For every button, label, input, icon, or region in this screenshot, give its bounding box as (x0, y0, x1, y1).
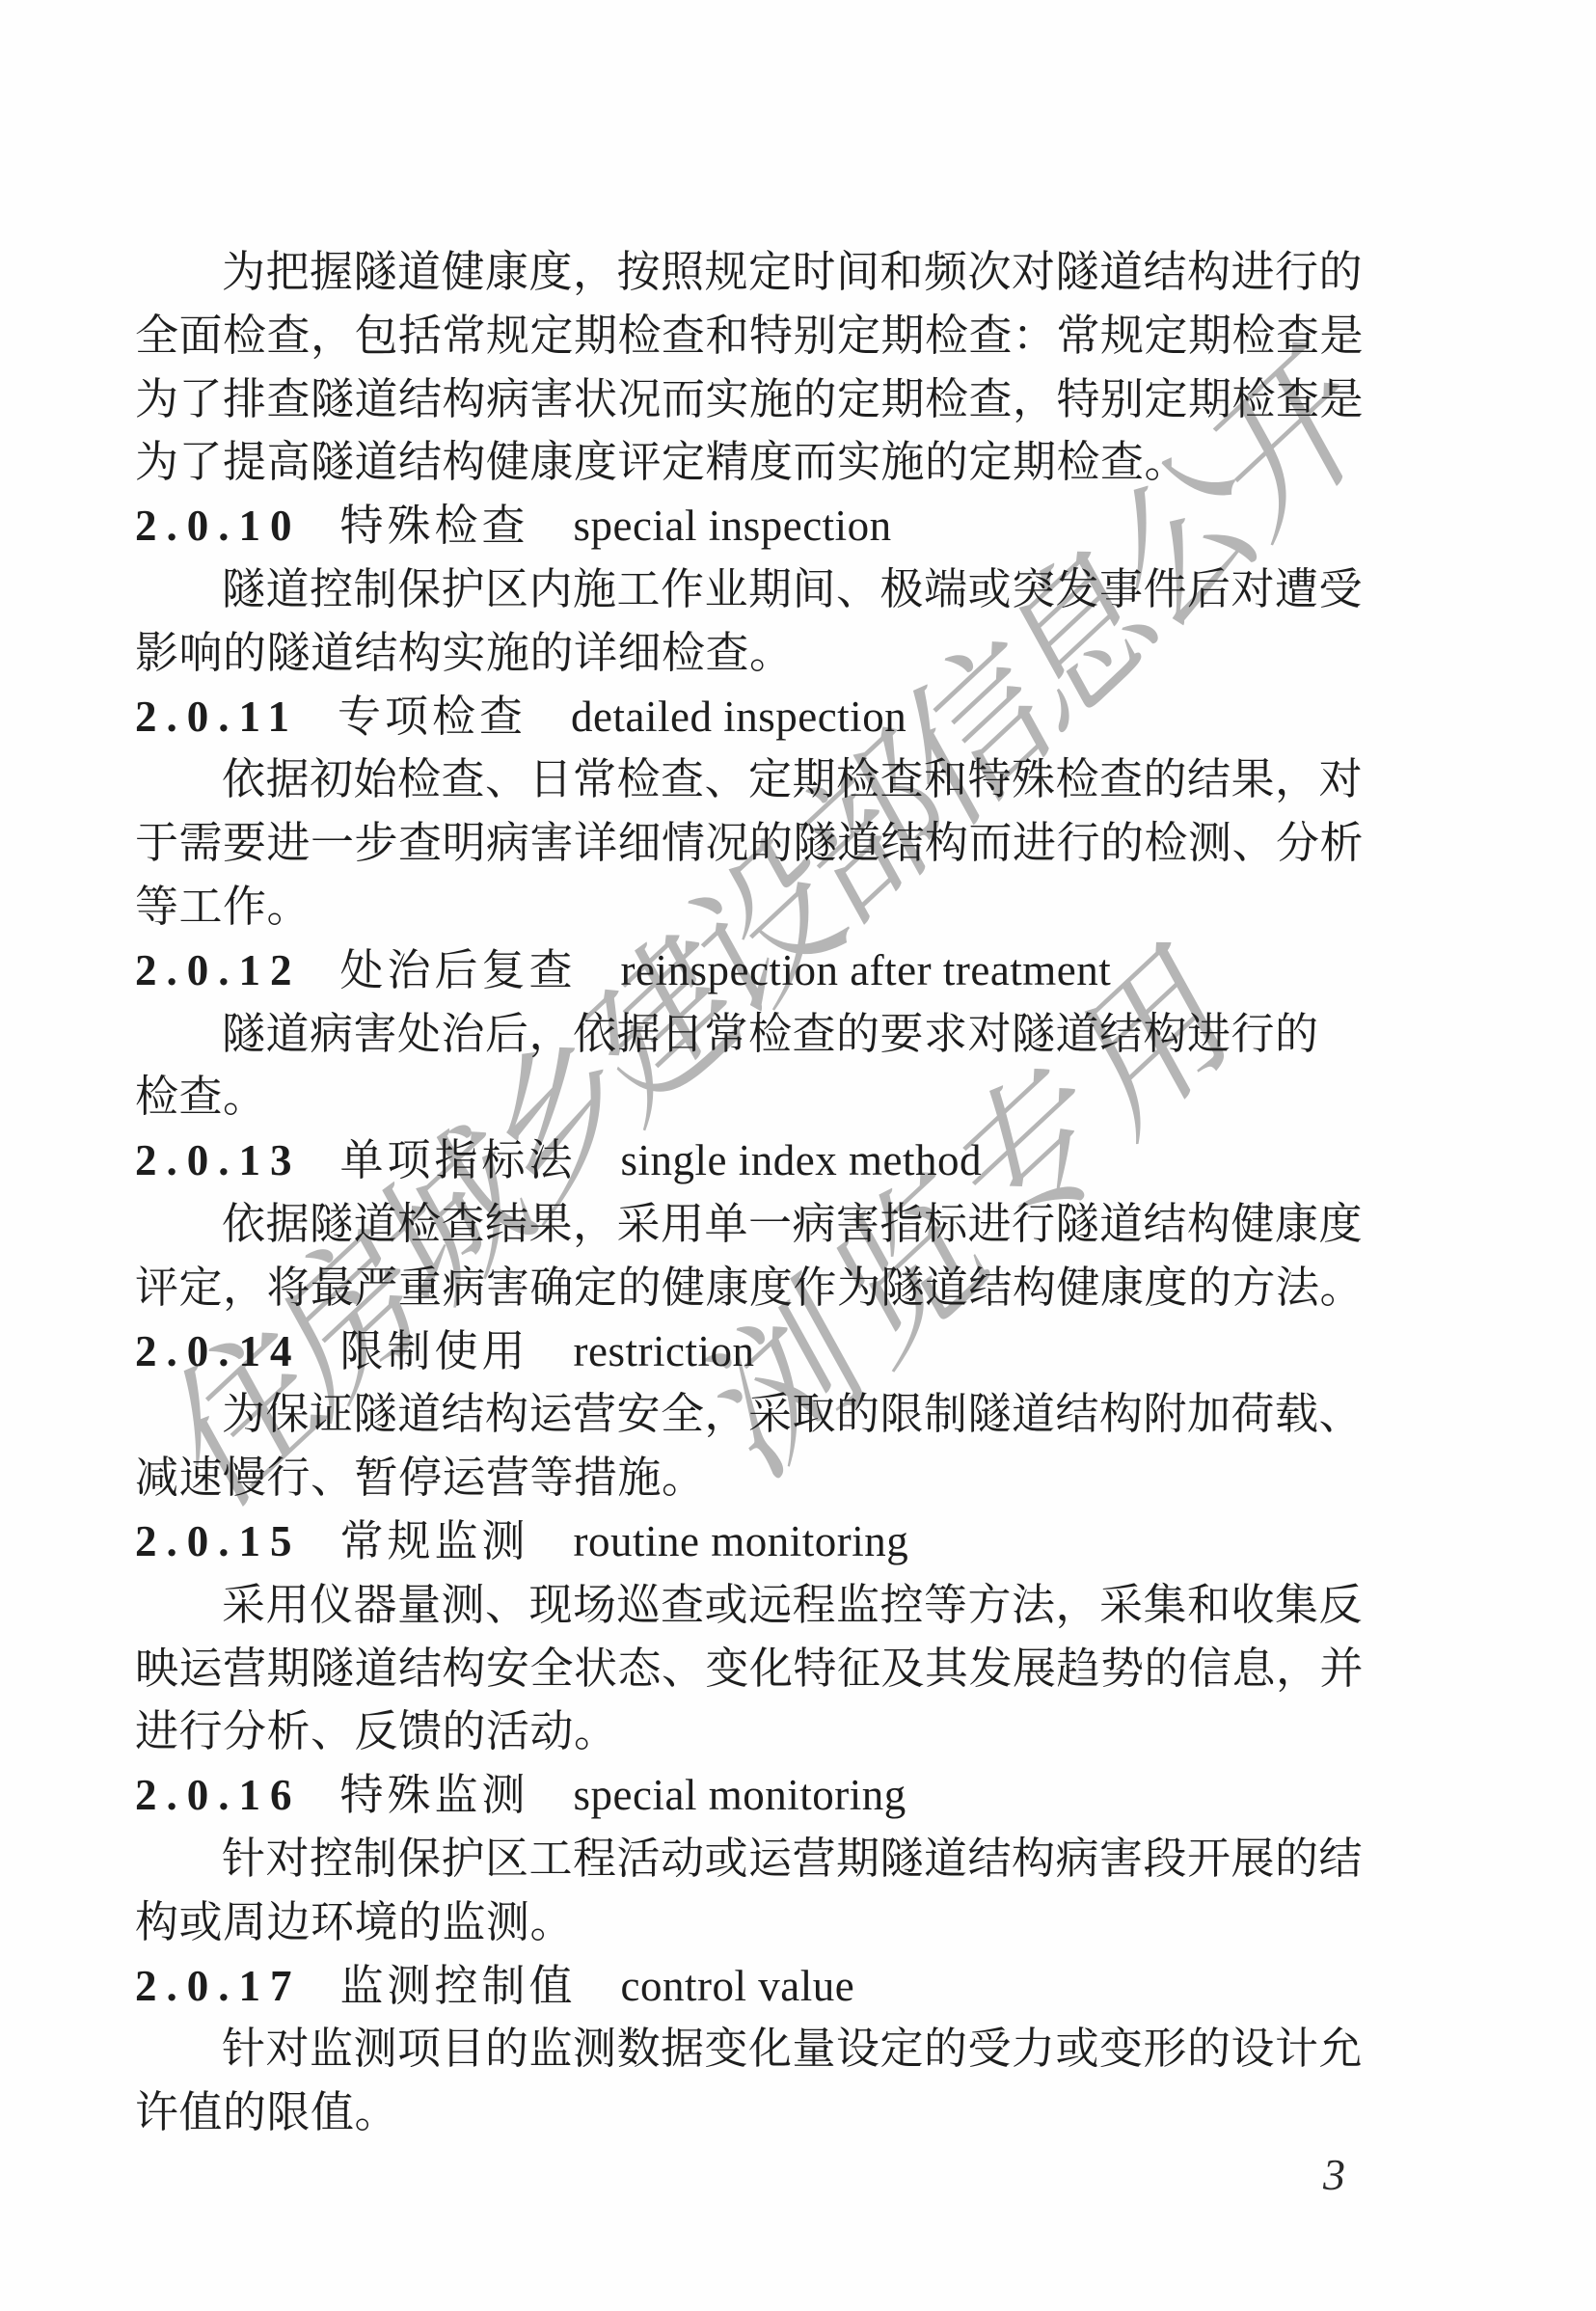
body-text: 为了排查隧道结构病害状况而实施的定期检查，特别定期检查是 (135, 375, 1364, 423)
term-chinese: 特殊检查 (340, 502, 529, 550)
text-line: 等工作。 (135, 876, 1374, 939)
term-chinese: 单项指标法 (340, 1136, 577, 1184)
term-heading-2-0-17: 2.0.17监测控制值control value (135, 1955, 1374, 2019)
term-chinese: 常规监测 (340, 1517, 529, 1565)
term-english: special inspection (574, 502, 892, 550)
term-english: restriction (574, 1327, 755, 1375)
term-chinese: 监测控制值 (340, 1962, 577, 2010)
clause-number: 2.0.12 (135, 946, 302, 994)
text-line: 为把握隧道健康度，按照规定时间和频次对隧道结构进行的 (135, 241, 1374, 305)
body-text: 为把握隧道健康度，按照规定时间和频次对隧道结构进行的 (222, 248, 1363, 296)
clause-number: 2.0.13 (135, 1136, 302, 1184)
term-heading-2-0-16: 2.0.16特殊监测special monitoring (135, 1764, 1374, 1828)
body-text: 隧道病害处治后，依据日常检查的要求对隧道结构进行的 (222, 1010, 1319, 1058)
clause-number: 2.0.10 (135, 502, 302, 550)
document-page: 住房城乡建设部信息公开 浏览专用 为把握隧道健康度，按照规定时间和频次对隧道结构… (0, 0, 1596, 2311)
body-text: 进行分析、反馈的活动。 (135, 1707, 618, 1755)
term-heading-2-0-10: 2.0.10特殊检查special inspection (135, 495, 1374, 558)
text-line: 评定，将最严重病害确定的健康度作为隧道结构健康度的方法。 (135, 1257, 1374, 1320)
body-text: 评定，将最严重病害确定的健康度作为隧道结构健康度的方法。 (135, 1264, 1364, 1312)
term-heading-2-0-12: 2.0.12处治后复查reinspection after treatment (135, 939, 1374, 1003)
text-line: 检查。 (135, 1066, 1374, 1129)
text-line: 许值的限值。 (135, 2081, 1374, 2145)
clause-number: 2.0.17 (135, 1962, 302, 2010)
text-line: 依据初始检查、日常检查、定期检查和特殊检查的结果，对 (135, 748, 1374, 812)
body-text: 采用仪器量测、现场巡查或远程监控等方法，采集和收集反 (222, 1581, 1363, 1629)
text-line: 构或周边环境的监测。 (135, 1891, 1374, 1955)
body-text: 检查。 (135, 1073, 267, 1121)
body-text: 许值的限值。 (135, 2088, 398, 2136)
body-text: 为保证隧道结构运营安全，采取的限制隧道结构附加荷载、 (222, 1390, 1363, 1438)
text-line: 针对控制保护区工程活动或运营期隧道结构病害段开展的结 (135, 1828, 1374, 1891)
text-line: 为保证隧道结构运营安全，采取的限制隧道结构附加荷载、 (135, 1383, 1374, 1447)
text-line: 于需要进一步查明病害详细情况的隧道结构而进行的检测、分析 (135, 812, 1374, 876)
term-heading-2-0-11: 2.0.11专项检查detailed inspection (135, 686, 1374, 749)
term-english: detailed inspection (571, 693, 906, 741)
term-chinese: 处治后复查 (340, 946, 577, 994)
text-line: 影响的隧道结构实施的详细检查。 (135, 622, 1374, 686)
term-english: routine monitoring (574, 1517, 909, 1565)
body-text: 构或周边环境的监测。 (135, 1898, 574, 1946)
term-english: reinspection after treatment (621, 946, 1112, 994)
page-number: 3 (1323, 2149, 1345, 2200)
term-heading-2-0-13: 2.0.13单项指标法single index method (135, 1129, 1374, 1193)
body-text: 针对控制保护区工程活动或运营期隧道结构病害段开展的结 (222, 1835, 1363, 1883)
body-text: 针对监测项目的监测数据变化量设定的受力或变形的设计允 (222, 2025, 1363, 2073)
text-line: 减速慢行、暂停运营等措施。 (135, 1447, 1374, 1510)
term-heading-2-0-14: 2.0.14限制使用restriction (135, 1320, 1374, 1384)
text-line: 全面检查，包括常规定期检查和特别定期检查：常规定期检查是 (135, 305, 1374, 368)
body-text: 全面检查，包括常规定期检查和特别定期检查：常规定期检查是 (135, 312, 1364, 360)
text-line: 映运营期隧道结构安全状态、变化特征及其发展趋势的信息，并 (135, 1638, 1374, 1701)
clause-number: 2.0.15 (135, 1517, 302, 1565)
term-chinese: 限制使用 (340, 1327, 529, 1375)
body-text: 减速慢行、暂停运营等措施。 (135, 1454, 706, 1502)
text-line: 为了排查隧道结构病害状况而实施的定期检查，特别定期检查是 (135, 368, 1374, 432)
text-line: 隧道病害处治后，依据日常检查的要求对隧道结构进行的 (135, 1003, 1374, 1067)
body-text: 依据初始检查、日常检查、定期检查和特殊检查的结果，对 (222, 755, 1363, 803)
text-line: 隧道控制保护区内施工作业期间、极端或突发事件后对遭受 (135, 558, 1374, 622)
text-line: 依据隧道检查结果，采用单一病害指标进行隧道结构健康度 (135, 1193, 1374, 1257)
term-english: control value (621, 1962, 855, 2010)
text-line: 为了提高隧道结构健康度评定精度而实施的定期检查。 (135, 431, 1374, 495)
text-line: 针对监测项目的监测数据变化量设定的受力或变形的设计允 (135, 2018, 1374, 2081)
body-text: 依据隧道检查结果，采用单一病害指标进行隧道结构健康度 (222, 1200, 1363, 1248)
body-text: 为了提高隧道结构健康度评定精度而实施的定期检查。 (135, 438, 1188, 486)
clause-number: 2.0.16 (135, 1771, 302, 1819)
text-line: 进行分析、反馈的活动。 (135, 1700, 1374, 1764)
text-line: 采用仪器量测、现场巡查或远程监控等方法，采集和收集反 (135, 1574, 1374, 1638)
clause-number: 2.0.11 (135, 693, 299, 741)
body-text: 于需要进一步查明病害详细情况的隧道结构而进行的检测、分析 (135, 819, 1364, 867)
term-chinese: 专项检查 (338, 693, 527, 741)
term-english: special monitoring (574, 1771, 906, 1819)
terminology-text-block: 为把握隧道健康度，按照规定时间和频次对隧道结构进行的 全面检查，包括常规定期检查… (135, 241, 1374, 2145)
body-text: 等工作。 (135, 883, 311, 931)
term-english: single index method (621, 1136, 982, 1184)
body-text: 隧道控制保护区内施工作业期间、极端或突发事件后对遭受 (222, 565, 1363, 613)
term-chinese: 特殊监测 (340, 1771, 529, 1819)
body-text: 映运营期隧道结构安全状态、变化特征及其发展趋势的信息，并 (135, 1645, 1364, 1693)
body-text: 影响的隧道结构实施的详细检查。 (135, 629, 794, 677)
clause-number: 2.0.14 (135, 1327, 302, 1375)
term-heading-2-0-15: 2.0.15常规监测routine monitoring (135, 1510, 1374, 1574)
